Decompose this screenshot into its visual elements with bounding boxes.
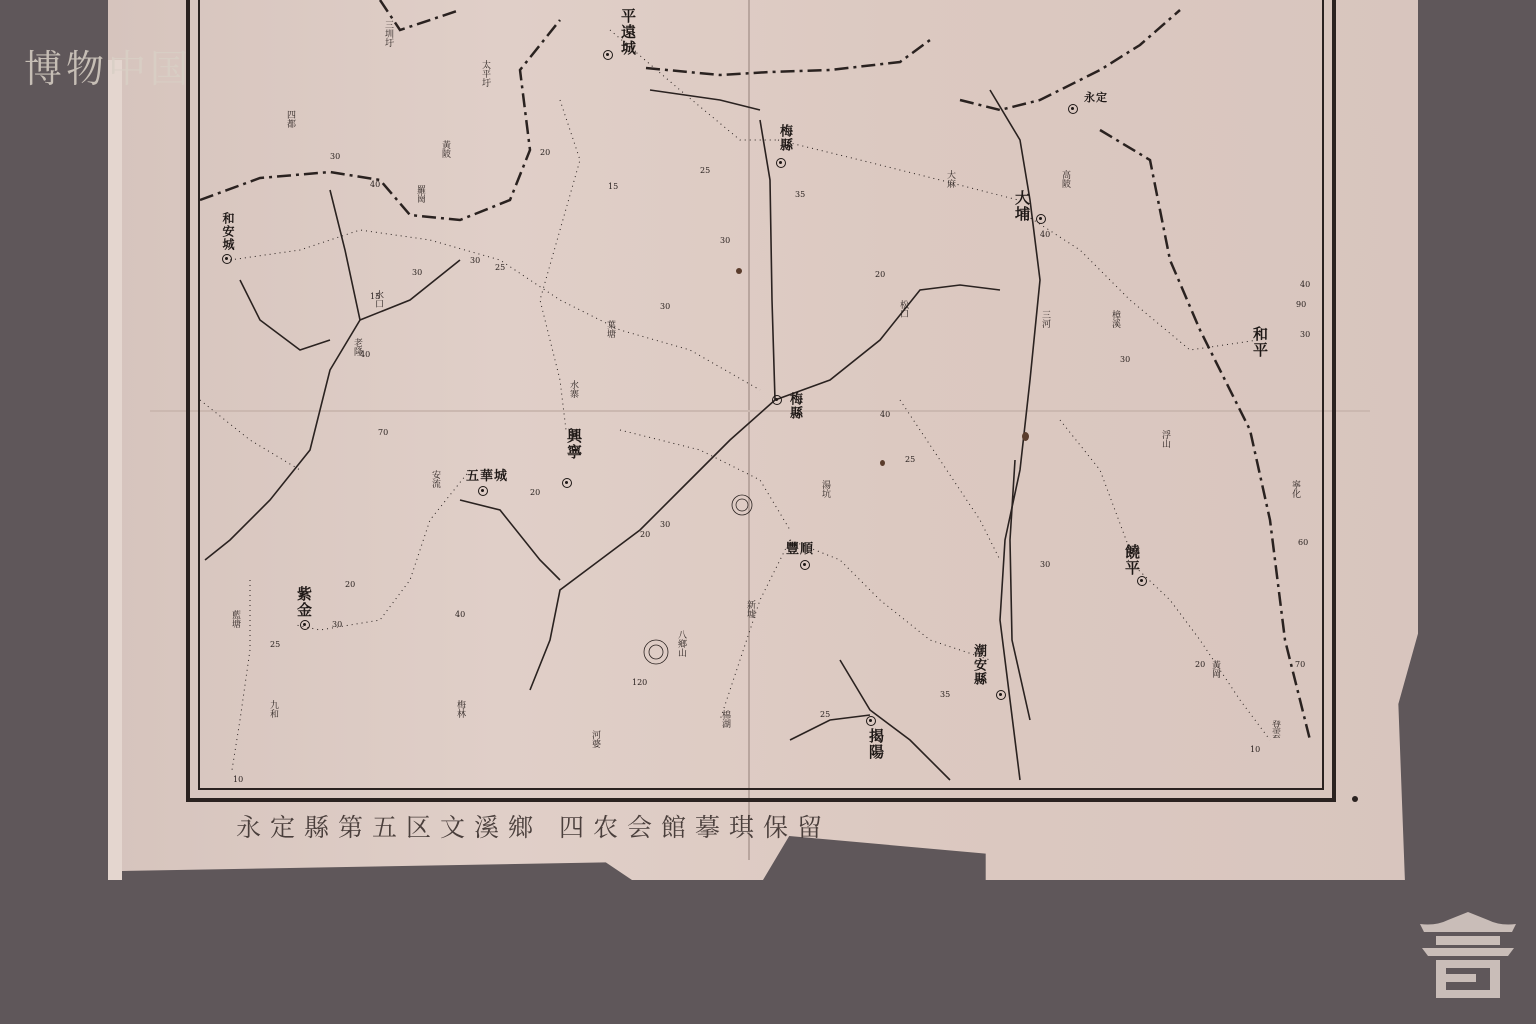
distance-label: 25 — [495, 263, 505, 272]
town-label: 水寨 — [568, 380, 577, 398]
boundary-line — [1100, 130, 1310, 740]
city-label: 豐順 — [786, 543, 814, 556]
distance-label: 25 — [820, 710, 830, 719]
ink-stain — [1022, 432, 1029, 441]
city-label: 五華城 — [466, 470, 508, 483]
distance-label: 90 — [1296, 300, 1306, 309]
city-label: 永定 — [1084, 92, 1108, 103]
distance-label: 25 — [700, 166, 710, 175]
distance-label: 20 — [345, 580, 355, 589]
town-label: 葉塘 — [605, 320, 614, 338]
town-label: 浮山 — [1160, 430, 1169, 448]
distance-label: 20 — [875, 270, 885, 279]
town-label: 九和 — [268, 700, 277, 718]
ink-stain — [880, 460, 885, 466]
distance-label: 40 — [1300, 280, 1310, 289]
county-seat-icon — [300, 620, 310, 630]
county-seat-icon — [562, 478, 572, 488]
distance-label: 10 — [1250, 745, 1260, 754]
boundary-line — [646, 40, 930, 75]
distance-label: 15 — [370, 292, 380, 301]
distance-label: 30 — [660, 302, 670, 311]
town-label: 河婆 — [590, 730, 599, 748]
town-label: 太平圩 — [480, 60, 489, 87]
pavilion-logo-icon — [1416, 912, 1520, 998]
distance-label: 30 — [332, 620, 342, 629]
distance-label: 25 — [905, 455, 915, 464]
county-seat-icon — [1137, 576, 1147, 586]
county-seat-icon — [776, 158, 786, 168]
county-seat-icon — [478, 486, 488, 496]
county-seat-icon — [1036, 214, 1046, 224]
distance-label: 40 — [880, 410, 890, 419]
distance-label: 10 — [233, 775, 243, 784]
town-label: 三圳圩 — [383, 20, 392, 47]
county-seat-icon — [996, 690, 1006, 700]
distance-label: 60 — [1298, 538, 1308, 547]
distance-label: 35 — [940, 690, 950, 699]
distance-label: 30 — [330, 152, 340, 161]
town-label: 八鄉山 — [676, 630, 685, 657]
city-label: 平遠城 — [620, 8, 635, 56]
town-label: 藍塘 — [230, 610, 239, 628]
distance-label: 15 — [608, 182, 618, 191]
distance-label: 30 — [470, 256, 480, 265]
city-label: 和平 — [1252, 326, 1267, 358]
ink-stain — [1352, 796, 1358, 802]
town-label: 新墟 — [745, 600, 754, 618]
town-label: 棉湖 — [720, 710, 729, 728]
museum-watermark: 博物中国 — [24, 38, 192, 93]
city-label: 和安城 — [222, 212, 234, 251]
town-label: 三河 — [1040, 310, 1049, 328]
distance-label: 20 — [1195, 660, 1205, 669]
town-label: 湯坑 — [820, 480, 829, 498]
town-label: 羅崗 — [415, 185, 424, 203]
town-label: 高陂 — [1060, 170, 1069, 188]
county-seat-icon — [772, 395, 782, 405]
distance-label: 30 — [720, 236, 730, 245]
town-label: 大麻 — [945, 170, 954, 188]
distance-label: 30 — [1300, 330, 1310, 339]
distance-label: 30 — [660, 520, 670, 529]
distance-label: 70 — [1295, 660, 1305, 669]
distance-label: 30 — [412, 268, 422, 277]
city-label: 梅縣 — [778, 124, 791, 152]
city-label: 梅縣 — [788, 392, 801, 420]
county-seat-icon — [1068, 104, 1078, 114]
city-label: 紫金 — [296, 586, 311, 618]
county-seat-icon — [603, 50, 613, 60]
distance-label: 70 — [378, 428, 388, 437]
distance-label: 20 — [640, 530, 650, 539]
distance-label: 40 — [1040, 230, 1050, 239]
city-label: 揭陽 — [868, 728, 883, 760]
distance-label: 35 — [795, 190, 805, 199]
county-seat-icon — [866, 716, 876, 726]
distance-label: 20 — [540, 148, 550, 157]
town-label: 黃岡 — [1210, 660, 1219, 678]
city-label: 興寧 — [566, 428, 581, 460]
town-label: 松口 — [898, 300, 907, 318]
distance-label: 40 — [455, 610, 465, 619]
distance-label: 30 — [1120, 355, 1130, 364]
distance-label: 25 — [270, 640, 280, 649]
county-seat-icon — [222, 254, 232, 264]
distance-label: 40 — [360, 350, 370, 359]
city-label: 大埔 — [1014, 190, 1029, 222]
city-label: 饒平 — [1124, 544, 1139, 576]
town-label: 樟溪 — [1110, 310, 1119, 328]
town-label: 黃陂 — [440, 140, 449, 158]
distance-label: 120 — [632, 678, 647, 687]
distance-label: 30 — [1040, 560, 1050, 569]
distance-label: 20 — [530, 488, 540, 497]
town-label: 安流 — [430, 470, 439, 488]
ink-stain — [736, 268, 742, 274]
town-label: 四都 — [285, 110, 294, 128]
city-label: 潮安縣 — [972, 644, 985, 686]
map-linework — [0, 0, 1536, 1024]
town-label: 登雲 — [1270, 720, 1279, 738]
town-label: 梅林 — [455, 700, 464, 718]
boundary-line — [200, 20, 560, 220]
handwritten-inscription: 永定縣第五区文溪鄉 四农会館摹琪保留 — [236, 808, 831, 844]
town-label: 寧化 — [1290, 480, 1299, 498]
distance-label: 40 — [370, 180, 380, 189]
county-seat-icon — [800, 560, 810, 570]
